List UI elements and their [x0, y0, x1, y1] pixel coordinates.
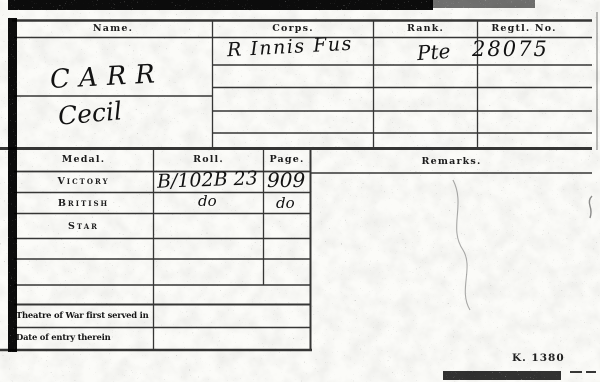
surname-value: CARR — [49, 61, 164, 93]
form-code: K. 1380 — [512, 352, 565, 364]
medal-row-star-label: Star — [14, 221, 153, 232]
regtl-no-column-header: Regtl. No. — [478, 23, 570, 34]
rank-value: Pte — [416, 41, 451, 63]
british-roll-ditto: do — [198, 194, 217, 209]
victory-page-value: 909 — [267, 170, 305, 190]
medal-row-british-label: British — [14, 198, 153, 209]
date-of-entry-label: Date of entry therein — [16, 332, 111, 342]
forename-value: Cecil — [57, 98, 123, 128]
remarks-content — [315, 180, 585, 300]
rank-column-header: Rank. — [374, 23, 477, 34]
theatre-of-war-label: Theatre of War first served in — [16, 310, 149, 320]
british-page-ditto: do — [276, 196, 295, 211]
medal-row-victory-label: Victory — [14, 176, 153, 187]
victory-roll-value: B/102B 23 — [157, 169, 258, 192]
medal-column-header: Medal. — [14, 154, 153, 165]
medal-index-card: Name. Corps. Rank. Regtl. No. CARR Cecil… — [0, 0, 600, 382]
remarks-header: Remarks. — [311, 156, 592, 167]
roll-column-header: Roll. — [154, 154, 263, 165]
regtl-no-value: 28075 — [472, 39, 549, 60]
page-column-header: Page. — [264, 154, 310, 165]
name-column-header: Name. — [14, 23, 212, 34]
